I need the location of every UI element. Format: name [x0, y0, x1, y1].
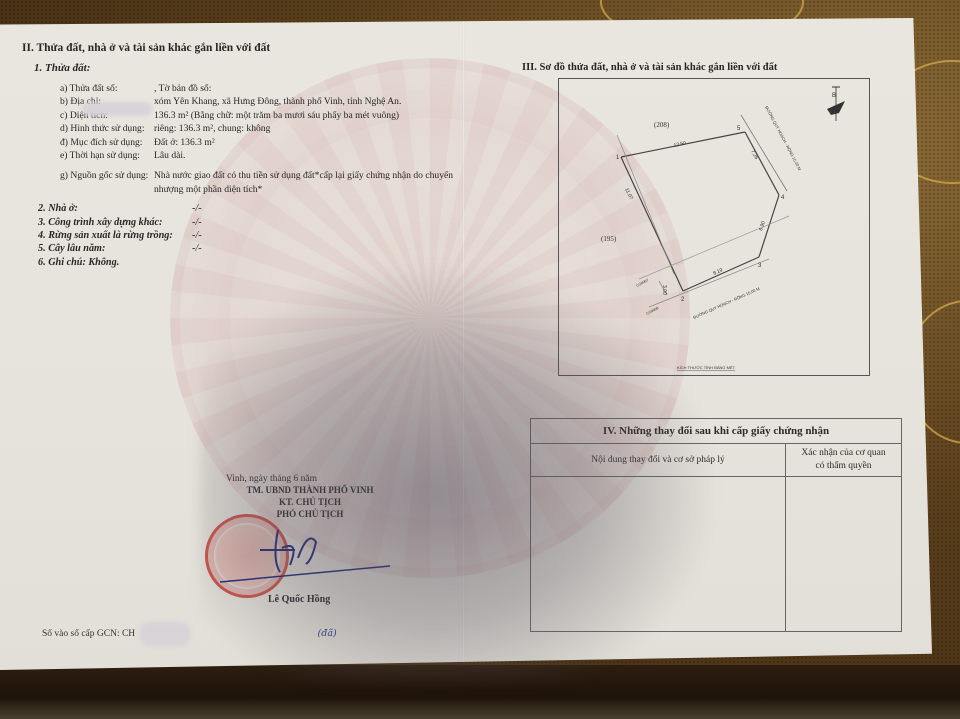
- point-label: 3: [758, 263, 762, 269]
- column-header-confirmation: Xác nhận của cơ quan có thẩm quyền: [786, 444, 902, 477]
- field-label: d) Hình thức sử dụng:: [60, 122, 154, 135]
- field-label: e) Thời hạn sử dụng:: [60, 149, 154, 162]
- photo-shadow: [200, 260, 720, 680]
- item-value: -/-: [192, 216, 202, 229]
- asset-item: 4. Rừng sản xuất là rừng trồng:-/-: [38, 229, 462, 242]
- field-value: Đất ở: 136.3 m²: [154, 136, 462, 149]
- item-label: 4. Rừng sản xuất là rừng trồng:: [38, 229, 192, 242]
- section-3-title: III. Sơ đồ thửa đất, nhà ở và tài sản kh…: [522, 62, 777, 73]
- edge-label: 7.26: [749, 149, 759, 161]
- field-label: a) Thửa đất số:: [60, 82, 154, 95]
- edge-label: 12.50: [673, 140, 687, 149]
- field-label: g) Nguồn gốc sử dụng:: [60, 169, 154, 196]
- point-label: 1: [616, 155, 620, 161]
- field-value: Nhà nước giao đất có thu tiền sử dụng đấ…: [154, 169, 462, 196]
- section-2: II. Thửa đất, nhà ở và tài sản khác gắn …: [22, 42, 462, 269]
- item-label: 2. Nhà ở:: [38, 202, 192, 215]
- item-value: -/-: [192, 202, 202, 215]
- section-2-title: II. Thửa đất, nhà ở và tài sản khác gắn …: [22, 42, 462, 54]
- field-value: , Tờ bản đồ số:: [154, 82, 462, 95]
- asset-item: 3. Công trình xây dựng khác:-/-: [38, 216, 462, 229]
- asset-item: 5. Cây lâu năm:-/-: [38, 242, 462, 255]
- parcel-fields: a) Thửa đất số: , Tờ bản đồ số:b) Địa ch…: [22, 82, 462, 196]
- redaction: [140, 622, 190, 646]
- field-value: riêng: 136.3 m², chung: không: [154, 122, 462, 135]
- confirmation-cell: [786, 477, 902, 632]
- edge-label: 6.90: [758, 220, 767, 231]
- parcel-field: đ) Mục đích sử dụng:Đất ở: 136.3 m²: [60, 136, 462, 149]
- parcel-field: a) Thửa đất số: , Tờ bản đồ số:: [60, 82, 462, 95]
- north-arrow-icon: B: [827, 87, 845, 121]
- parcel-field: d) Hình thức sử dụng:riêng: 136.3 m², ch…: [60, 122, 462, 135]
- asset-item: 2. Nhà ở:-/-: [38, 202, 462, 215]
- parcel-west-label: (195): [601, 235, 617, 243]
- parcel-field: e) Thời hạn sử dụng:Lâu dài.: [60, 149, 462, 162]
- item-label: 3. Công trình xây dựng khác:: [38, 216, 192, 229]
- point-label: 5: [737, 126, 741, 132]
- field-value: xóm Yên Khang, xã Hưng Đông, thành phố V…: [154, 95, 462, 108]
- edge-label: 11.07: [623, 187, 634, 201]
- redaction: [82, 102, 152, 116]
- item-label: 5. Cây lâu năm:: [38, 242, 192, 255]
- field-value: Lâu dài.: [154, 149, 462, 162]
- svg-text:B: B: [832, 93, 836, 99]
- field-label: đ) Mục đích sử dụng:: [60, 136, 154, 149]
- parcel-north-label: (208): [654, 121, 670, 129]
- parcel-subtitle: 1. Thửa đất:: [34, 62, 462, 74]
- registry-label: Số vào sổ cấp GCN: CH: [42, 629, 135, 639]
- item-label: 6. Ghi chú: Không.: [38, 256, 192, 269]
- point-label: 4: [781, 195, 785, 201]
- item-value: -/-: [192, 242, 202, 255]
- parcel-field: g) Nguồn gốc sử dụng:Nhà nước giao đất c…: [60, 169, 462, 196]
- field-value: 136.3 m² (Bằng chữ: một trăm ba mươi sáu…: [154, 109, 462, 122]
- item-value: -/-: [192, 229, 202, 242]
- road-east-label: ĐƯỜNG QUY HOẠCH - RỘNG 15.00 M: [764, 105, 802, 171]
